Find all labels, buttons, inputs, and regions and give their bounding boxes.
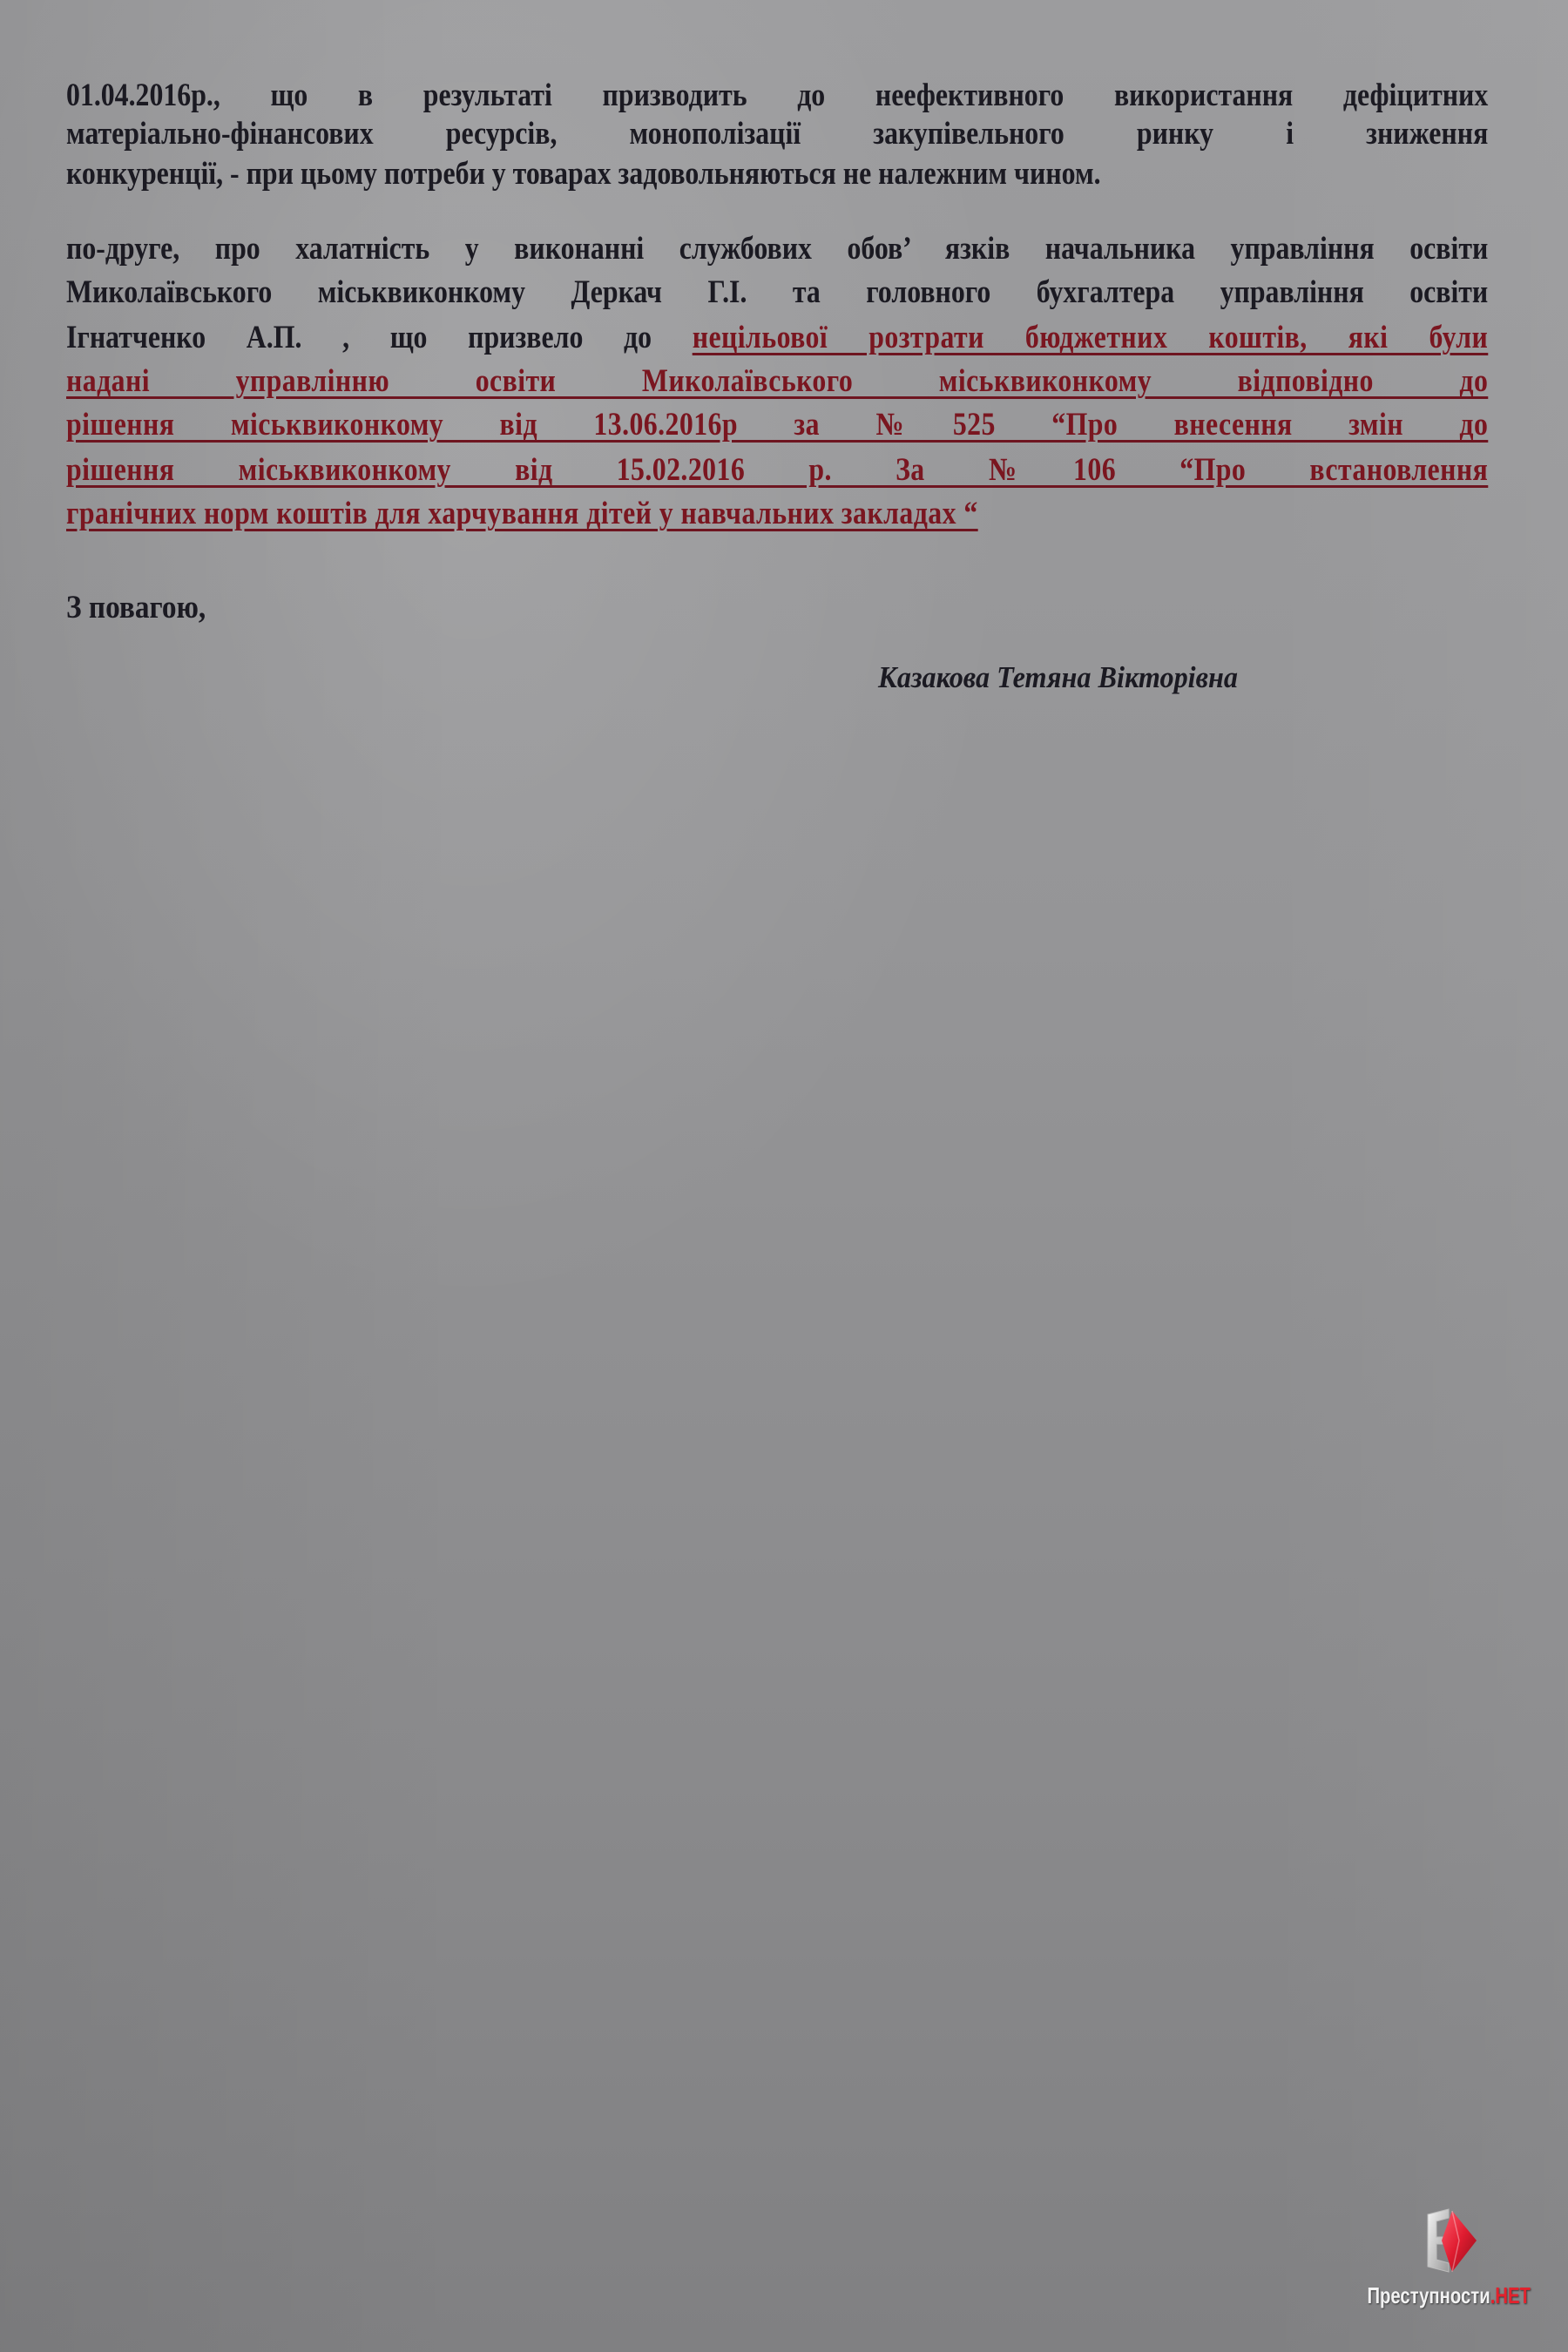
signature-name: Казакова Тетяна Вікторівна	[878, 659, 1238, 697]
highlight-line-4: гранічних норм коштів для харчування діт…	[66, 495, 978, 533]
highlighted-text: нецільової розтрати бюджетних коштів, як…	[693, 320, 1489, 355]
diamond-logo-icon	[1414, 2206, 1484, 2275]
highlighted-text: гранічних норм коштів для харчування діт…	[66, 496, 978, 531]
paragraph-1-line-1: 01.04.2016р., що в результаті призводить…	[66, 77, 1488, 115]
paragraph-1-line-3: конкуренції, - при цьому потреби у товар…	[66, 155, 1101, 193]
paragraph-2-line-2: Миколаївського міськвиконкому Деркач Г.І…	[66, 274, 1488, 312]
highlighted-text: рішення міськвиконкому від 13.06.2016р з…	[66, 407, 1488, 443]
paragraph-2-line-1: по-друге, про халатність у виконанні слу…	[66, 230, 1488, 268]
highlighted-text: рішення міськвиконкому від 15.02.2016 р.…	[66, 452, 1488, 488]
highlight-line-3: рішення міськвиконкому від 15.02.2016 р.…	[66, 451, 1488, 490]
paragraph-2-line-3: Ігнатченко А.П. , що призвело до нецільо…	[66, 319, 1488, 357]
closing-salutation: З повагою,	[66, 589, 206, 627]
watermark-brand: Преступности.НЕТ	[1367, 2282, 1530, 2309]
plain-text: Ігнатченко А.П. , що призвело до	[66, 320, 693, 355]
brand-suffix: .НЕТ	[1490, 2282, 1531, 2308]
paragraph-1-line-2: матеріально-фінансових ресурсів, монопол…	[66, 115, 1488, 153]
brand-name: Преступности	[1367, 2282, 1490, 2308]
highlight-line-2: рішення міськвиконкому від 13.06.2016р з…	[66, 406, 1488, 444]
watermark: Преступности.НЕТ	[1348, 2206, 1549, 2336]
highlighted-text: надані управлінню освіти Миколаївського …	[66, 363, 1488, 399]
highlight-line-1: надані управлінню освіти Миколаївського …	[66, 362, 1488, 401]
